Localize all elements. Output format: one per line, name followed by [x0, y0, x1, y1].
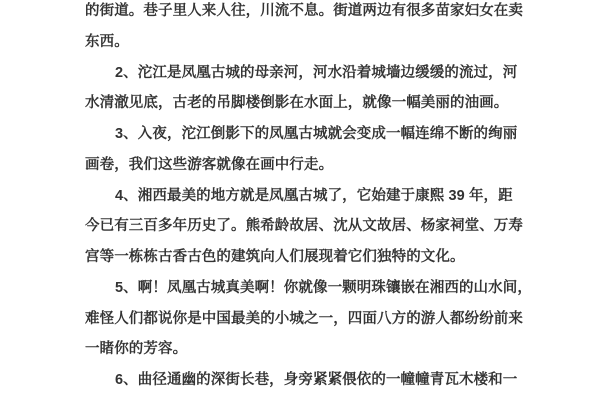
- text-line: 3、入夜，沱江倒影下的凤凰古城就会变成一幅连绵不断的绚丽: [85, 119, 525, 150]
- text-line: 水清澈见底，古老的吊脚楼倒影在水面上，就像一幅美丽的油画。: [85, 88, 525, 119]
- text-line: 难怪人们都说你是中国最美的小城之一，四面八方的游人都纷纷前来: [85, 304, 525, 335]
- text-line: 的街道。巷子里人来人往，川流不息。街道两边有很多苗家妇女在卖: [85, 0, 525, 27]
- text-line: 一睹你的芳容。: [85, 334, 525, 365]
- text-line: 今已有三百多年历史了。熊希龄故居、沈从文故居、杨家祠堂、万寿: [85, 211, 525, 242]
- text-line: 画卷，我们这些游客就像在画中行走。: [85, 150, 525, 181]
- document-text-block: 的街道。巷子里人来人往，川流不息。街道两边有很多苗家妇女在卖东西。2、沱江是凤凰…: [85, 0, 525, 396]
- document-page: 的街道。巷子里人来人往，川流不息。街道两边有很多苗家妇女在卖东西。2、沱江是凤凰…: [0, 0, 600, 400]
- text-line: 东西。: [85, 27, 525, 58]
- text-line: 5、啊！凤凰古城真美啊！你就像一颗明珠镶嵌在湘西的山水间，: [85, 273, 525, 304]
- text-line: 4、湘西最美的地方就是凤凰古城了，它始建于康熙 39 年，距: [85, 181, 525, 212]
- text-line: 宫等一栋栋古香古色的建筑向人们展现着它们独特的文化。: [85, 242, 525, 273]
- text-line: 2、沱江是凤凰古城的母亲河，河水沿着城墙边缓缓的流过，河: [85, 58, 525, 89]
- text-line: 6、曲径通幽的深街长巷，身旁紧紧偎依的一幢幢青瓦木楼和一: [85, 365, 525, 396]
